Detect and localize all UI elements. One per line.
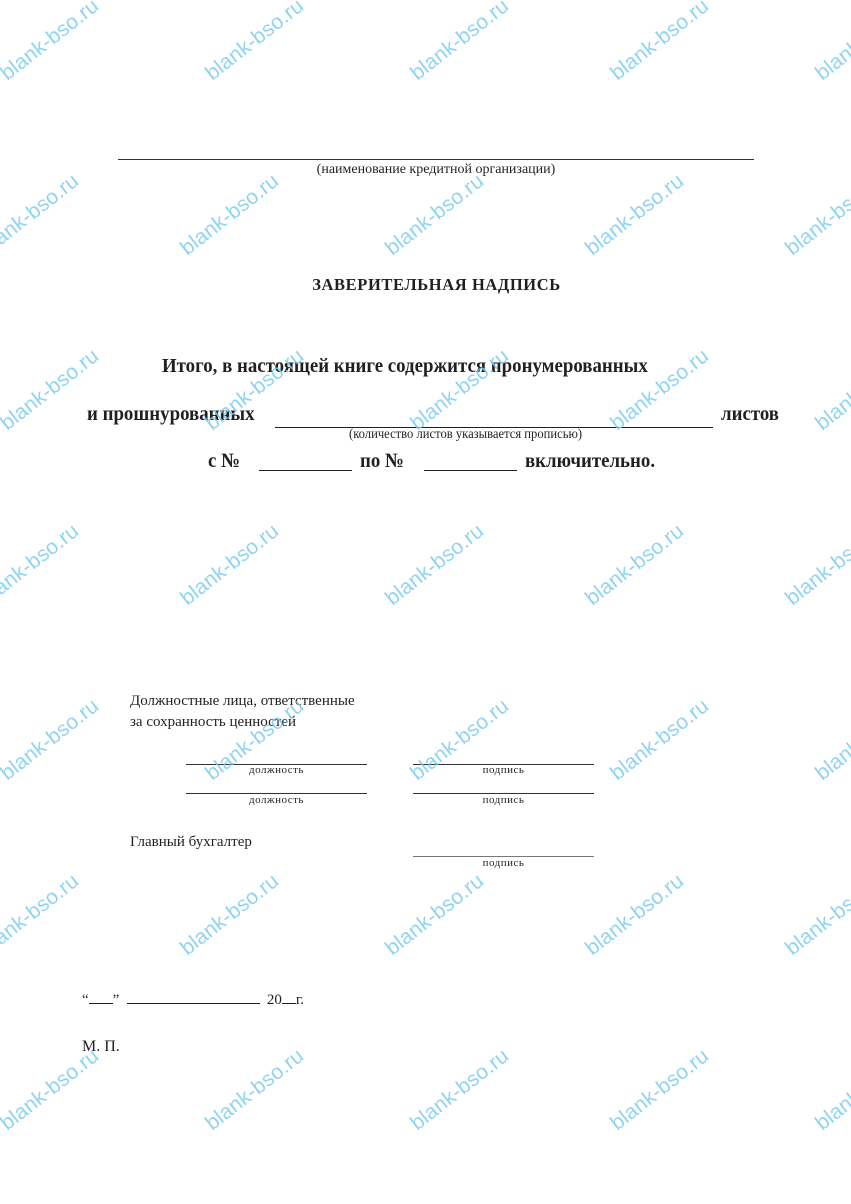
watermark-text: blank-bso.ru [781,169,851,261]
date-line: “” 20г. [82,990,304,1011]
responsible-heading-line-1: Должностные лица, ответственные [130,691,355,712]
watermark-text: blank-bso.ru [811,694,851,786]
org-name-caption: (наименование кредитной организации) [118,162,754,178]
watermark-text: blank-bso.ru [0,694,104,786]
watermark-text: blank-bso.ru [606,694,714,786]
statement-to-label: по № [360,450,404,473]
watermark-text: blank-bso.ru [0,0,104,86]
date-close-quote: ” [113,992,120,1008]
watermark-text: blank-bso.ru [0,1044,104,1136]
watermark-text: blank-bso.ru [811,1044,851,1136]
signature-caption-2: подпись [413,794,594,806]
watermark-text: blank-bso.ru [176,169,284,261]
watermark-text: blank-bso.ru [381,869,489,961]
watermark-text: blank-bso.ru [811,344,851,436]
statement-line-1: Итого, в настоящей книге содержится прон… [162,355,648,378]
from-number-field[interactable] [259,470,352,471]
watermark-text: blank-bso.ru [781,519,851,611]
year-suffix: г. [296,992,304,1008]
watermark-text: blank-bso.ru [176,869,284,961]
statement-from-label: с № [208,450,240,473]
statement-line-2-prefix: и прошнурованных [87,403,255,426]
stamp-label: М. П. [82,1036,120,1057]
year-prefix: 20 [267,992,282,1008]
watermark-text: blank-bso.ru [201,0,309,86]
watermark-layer: blank-bso.rublank-bso.rublank-bso.rublan… [0,0,851,1204]
org-name-line[interactable] [118,159,754,160]
watermark-text: blank-bso.ru [781,869,851,961]
position-caption-2: должность [186,794,367,806]
watermark-text: blank-bso.ru [406,0,514,86]
watermark-text: blank-bso.ru [581,169,689,261]
sheets-count-caption: (количество листов указывается прописью) [349,427,582,443]
to-number-field[interactable] [424,470,517,471]
statement-line-3-suffix: включительно. [525,450,655,473]
month-field[interactable] [127,1003,260,1004]
responsible-heading-line-2: за сохранность ценностей [130,712,296,733]
document-title: ЗАВЕРИТЕЛЬНАЯ НАДПИСЬ [0,275,851,295]
date-open-quote: “ [82,992,89,1008]
position-caption-1: должность [186,764,367,776]
watermark-text: blank-bso.ru [606,1044,714,1136]
statement-line-2-suffix: листов [721,403,779,426]
watermark-text: blank-bso.ru [0,169,84,261]
watermark-text: blank-bso.ru [581,869,689,961]
signature-caption-1: подпись [413,764,594,776]
watermark-text: blank-bso.ru [811,0,851,86]
watermark-text: blank-bso.ru [381,519,489,611]
day-field[interactable] [89,1003,113,1004]
watermark-text: blank-bso.ru [0,519,84,611]
chief-accountant-label: Главный бухгалтер [130,832,252,853]
chief-accountant-signature-caption: подпись [413,857,594,869]
watermark-text: blank-bso.ru [0,869,84,961]
watermark-text: blank-bso.ru [581,519,689,611]
year-field[interactable] [282,1003,296,1004]
watermark-text: blank-bso.ru [406,1044,514,1136]
watermark-text: blank-bso.ru [606,0,714,86]
watermark-text: blank-bso.ru [176,519,284,611]
watermark-text: blank-bso.ru [201,1044,309,1136]
watermark-text: blank-bso.ru [381,169,489,261]
